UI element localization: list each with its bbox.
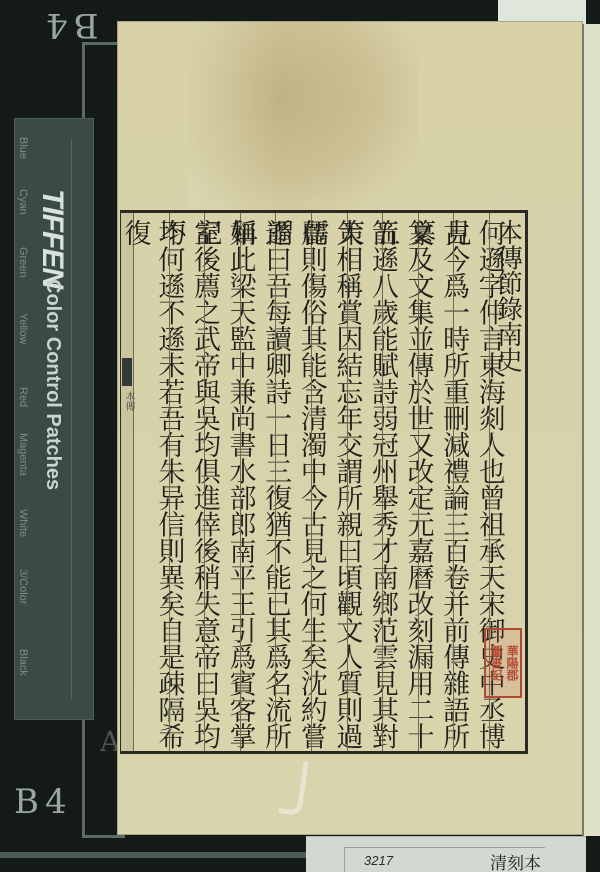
patch-label: Magenta xyxy=(17,433,29,476)
patch-label: Green xyxy=(17,247,29,278)
water-stain xyxy=(188,22,418,212)
patch-label: Blue xyxy=(17,137,29,159)
label-slip: 3217 清刻本 xyxy=(306,836,586,872)
patch-label-list: Blue Cyan Green Yellow Red Magenta White… xyxy=(17,137,35,717)
bottom-strip xyxy=(0,852,306,858)
stain-edge xyxy=(188,22,278,212)
collector-seal: 華陽郡 圖書記 xyxy=(484,628,522,698)
text-columns: 本傳 節錄南史 何遜字仲言東海剡人也曾祖承天宋御史中丞博見 古今爲一時所重刪減禮… xyxy=(133,213,525,751)
edition-label: 清刻本 xyxy=(490,849,541,872)
next-leaf-edge xyxy=(582,24,600,836)
frame-label-bottom: B4 xyxy=(14,782,73,822)
patch-label: Black xyxy=(17,649,29,676)
seal-text: 華陽郡 xyxy=(504,630,520,696)
text-block: 本傳 本傳 節錄南史 何遜字仲言東海剡人也曾祖承天宋御史中丞博見 古今爲一時所重… xyxy=(120,210,528,754)
tape-strip xyxy=(498,0,586,24)
patch-label: Yellow xyxy=(17,313,29,344)
card-title: Color Control Patches xyxy=(41,279,64,490)
ruler-ticks xyxy=(71,139,82,699)
catalog-number: 3217 xyxy=(364,853,393,868)
patch-label: Red xyxy=(17,387,29,407)
patch-label: White xyxy=(17,509,29,537)
section-subtitle: 節錄南史 xyxy=(491,270,525,372)
patch-label: Cyan xyxy=(17,189,29,215)
color-control-card: Blue Cyan Green Yellow Red Magenta White… xyxy=(14,118,94,720)
frame-label-top: B4 xyxy=(40,5,99,45)
patch-label: 3/Color xyxy=(17,569,29,604)
seal-text: 圖書記 xyxy=(488,630,504,696)
section-title: 本傳 xyxy=(491,219,525,270)
tiffen-logo: TIFFEN xyxy=(35,189,69,288)
